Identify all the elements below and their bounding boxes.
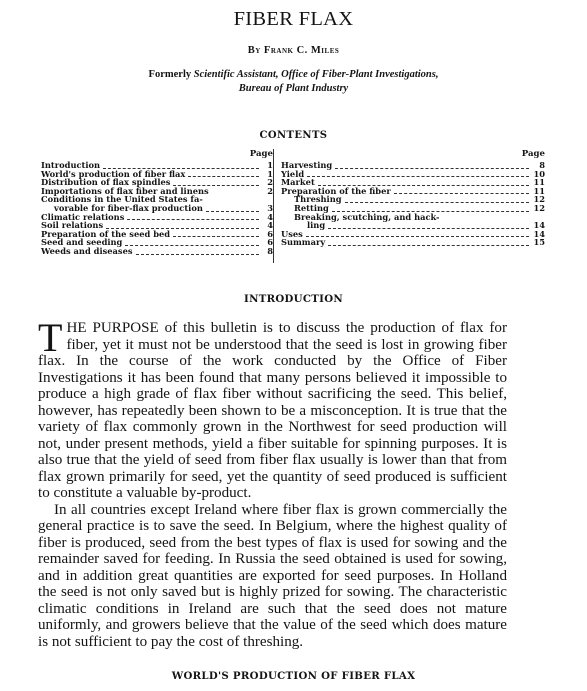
introduction-paragraph-1: THE PURPOSE of this bulletin is to discu…: [38, 320, 507, 502]
toc-entry: Weeds and diseases8: [41, 247, 273, 256]
lead-in: HE PURPOSE: [66, 320, 158, 336]
affiliation-prefix: Formerly: [149, 69, 192, 80]
leader-dots: [306, 230, 529, 237]
leader-dots: [125, 239, 259, 246]
document-title: FIBER FLAX: [0, 8, 587, 31]
leader-dots: [328, 239, 529, 246]
introduction-heading: INTRODUCTION: [0, 293, 587, 305]
author-byline: By Frank C. Miles: [0, 45, 587, 56]
leader-dots: [127, 213, 259, 220]
leader-dots: [335, 162, 529, 169]
leader-dots: [106, 222, 259, 229]
toc-column-divider: [273, 149, 274, 263]
introduction-body: THE PURPOSE of this bulletin is to discu…: [38, 320, 507, 650]
world-production-heading: WORLD'S PRODUCTION OF FIBER FLAX: [0, 670, 587, 682]
leader-dots: [328, 222, 529, 229]
leader-dots: [103, 162, 259, 169]
leader-dots: [332, 205, 529, 212]
leader-dots: [136, 248, 259, 255]
leader-dots: [345, 196, 529, 203]
author-affiliation: Formerly Scientific Assistant, Office of…: [0, 68, 587, 95]
affiliation-role: Scientific Assistant, Office of Fiber-Pl…: [194, 69, 439, 80]
toc-entry-continued: ling14: [281, 221, 545, 230]
leader-dots: [173, 179, 259, 186]
leader-dots: [188, 170, 259, 177]
leader-dots: [307, 170, 529, 177]
leader-dots: [318, 179, 529, 186]
toc-entry: Summary15: [281, 238, 545, 247]
drop-cap: T: [38, 323, 62, 353]
leader-dots: [173, 230, 259, 237]
toc-left-column: Page Introduction1 World's production of…: [41, 150, 273, 256]
leader-dots: [212, 188, 259, 194]
toc-entry: Harvesting8: [281, 161, 545, 170]
contents-heading: CONTENTS: [0, 130, 587, 141]
introduction-paragraph-2: In all countries except Ireland where fi…: [38, 502, 507, 651]
toc-right-column: Page Harvesting8 Yield10 Market11 Prepar…: [281, 150, 545, 247]
leader-dots: [394, 187, 529, 194]
affiliation-bureau: Bureau of Plant Industry: [239, 83, 348, 94]
leader-dots: [206, 205, 259, 212]
toc-entry: Yield10: [281, 170, 545, 179]
